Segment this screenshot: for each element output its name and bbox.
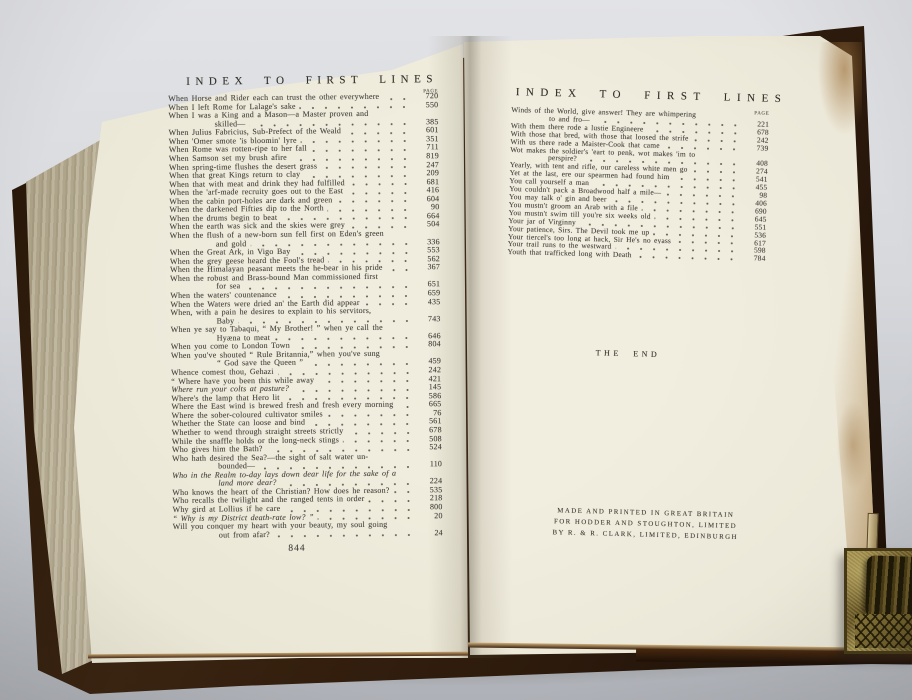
entry-page-number: 784 bbox=[745, 254, 765, 262]
right-page-column-label: PAGE bbox=[754, 111, 769, 116]
dot-leader bbox=[309, 419, 419, 426]
corner-stain bbox=[818, 42, 862, 134]
entry-page-number: 24 bbox=[423, 529, 443, 538]
entry-page-number: 739 bbox=[748, 144, 768, 152]
entry-page-number: 110 bbox=[422, 460, 442, 469]
dot-leader bbox=[336, 197, 416, 204]
right-page-header: INDEX TO FIRST LINES bbox=[516, 86, 774, 105]
dot-leader bbox=[321, 162, 416, 169]
dot-leader bbox=[318, 514, 420, 521]
entry-page-number: 743 bbox=[421, 315, 441, 324]
dot-leader bbox=[327, 411, 419, 418]
dot-leader bbox=[397, 402, 418, 408]
entry-page-number: 20 bbox=[423, 512, 443, 521]
brass-clasp bbox=[844, 548, 912, 654]
dot-leader bbox=[387, 265, 417, 271]
dot-leader bbox=[364, 299, 418, 306]
clasp-ridges bbox=[865, 555, 912, 623]
dot-leader bbox=[347, 428, 418, 435]
index-entry-line: out from afar?24 bbox=[173, 529, 443, 540]
dot-leader bbox=[349, 222, 417, 229]
left-index-list: When Horse and Rider each can trust the … bbox=[168, 92, 443, 540]
left-page-content: INDEX TO FIRST LINES PAGE When Horse and… bbox=[168, 70, 443, 555]
entry-page-number: 804 bbox=[421, 340, 441, 349]
dot-leader bbox=[294, 248, 417, 255]
entry-page-number: 435 bbox=[420, 298, 440, 307]
entry-page-number: 550 bbox=[418, 101, 438, 110]
book-photo: INDEX TO FIRST LINES PAGE When Horse and… bbox=[0, 0, 912, 700]
entry-page-number: 524 bbox=[422, 443, 442, 452]
left-page-header: INDEX TO FIRST LINES bbox=[177, 73, 447, 88]
dot-leader bbox=[347, 188, 416, 195]
dot-leader bbox=[300, 103, 416, 110]
dot-leader bbox=[328, 205, 417, 212]
entry-page-number: 367 bbox=[420, 263, 440, 272]
dot-leader bbox=[349, 180, 416, 187]
dot-leader bbox=[318, 377, 418, 384]
dot-leader bbox=[368, 496, 419, 503]
dot-leader bbox=[304, 171, 416, 178]
right-page-content: INDEX TO FIRST LINES PAGE Winds of the W… bbox=[500, 84, 770, 544]
dot-leader bbox=[393, 488, 419, 494]
edge-stain bbox=[836, 400, 870, 490]
dot-leader bbox=[301, 137, 416, 144]
dot-leader bbox=[383, 94, 415, 100]
dot-leader bbox=[274, 531, 420, 539]
dot-leader bbox=[311, 145, 416, 152]
right-index-list: Winds of the World, give answer! They ar… bbox=[507, 106, 769, 263]
dot-leader bbox=[307, 359, 418, 366]
entry-page-number: 504 bbox=[420, 221, 440, 230]
clasp-crosshatch bbox=[855, 614, 912, 648]
printer-imprint: MADE AND PRINTED IN GREAT BRITAINFOR HOD… bbox=[516, 505, 775, 544]
dot-leader bbox=[635, 253, 742, 262]
dot-leader bbox=[328, 257, 417, 264]
dot-leader bbox=[343, 436, 419, 443]
dot-leader bbox=[345, 128, 416, 135]
the-end-text: THE END bbox=[499, 346, 757, 362]
left-page-column-label: PAGE bbox=[423, 89, 438, 94]
entry-first-line-text: out from afar? bbox=[173, 531, 270, 541]
